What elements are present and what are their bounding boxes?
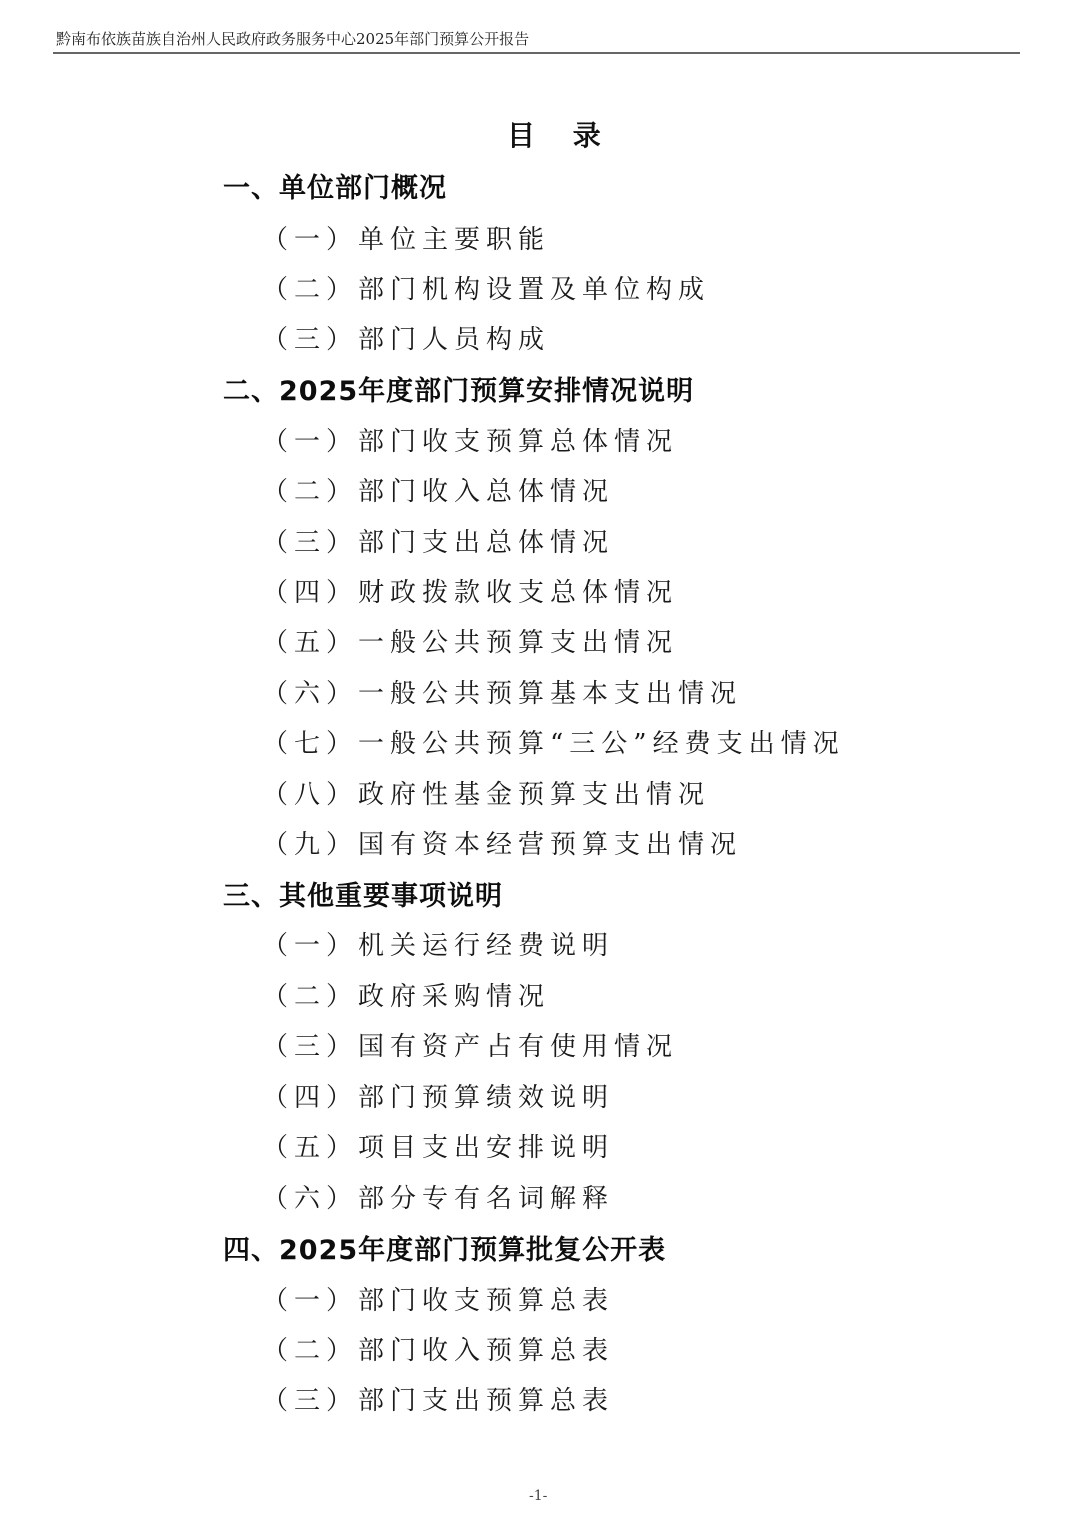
toc-item[interactable]: （三）部门人员构成 xyxy=(262,319,550,356)
toc-item[interactable]: （三）部门支出总体情况 xyxy=(262,522,614,559)
toc-item[interactable]: （四）财政拨款收支总体情况 xyxy=(262,572,678,609)
toc-section-4[interactable]: 四、2025年度部门预算批复公开表 xyxy=(223,1228,666,1267)
toc-item[interactable]: （一）部门收支预算总体情况 xyxy=(262,421,678,458)
toc-item[interactable]: （六）一般公共预算基本支出情况 xyxy=(262,673,742,710)
toc-item[interactable]: （一）机关运行经费说明 xyxy=(262,925,614,962)
toc-item[interactable]: （七）一般公共预算“三公”经费支出情况 xyxy=(262,723,845,760)
toc-item[interactable]: （一）部门收支预算总表 xyxy=(262,1280,614,1317)
toc-item[interactable]: （五）一般公共预算支出情况 xyxy=(262,622,678,659)
toc-section-3[interactable]: 三、其他重要事项说明 xyxy=(223,874,503,913)
toc-item[interactable]: （二）部门机构设置及单位构成 xyxy=(262,269,710,306)
toc-item[interactable]: （四）部门预算绩效说明 xyxy=(262,1077,614,1114)
toc-item[interactable]: （三）国有资产占有使用情况 xyxy=(262,1026,678,1063)
toc-item[interactable]: （二）政府采购情况 xyxy=(262,976,550,1013)
table-of-contents: 一、单位部门概况 （一）单位主要职能 （二）部门机构设置及单位构成 （三）部门人… xyxy=(0,0,1074,1520)
toc-item[interactable]: （八）政府性基金预算支出情况 xyxy=(262,774,710,811)
toc-item[interactable]: （二）部门收入总体情况 xyxy=(262,471,614,508)
toc-item[interactable]: （五）项目支出安排说明 xyxy=(262,1127,614,1164)
toc-item[interactable]: （九）国有资本经营预算支出情况 xyxy=(262,824,742,861)
page-number: -1- xyxy=(529,1488,547,1504)
toc-item[interactable]: （一）单位主要职能 xyxy=(262,219,550,256)
toc-section-1[interactable]: 一、单位部门概况 xyxy=(223,166,447,205)
toc-item[interactable]: （二）部门收入预算总表 xyxy=(262,1330,614,1367)
toc-section-2[interactable]: 二、2025年度部门预算安排情况说明 xyxy=(223,369,694,408)
toc-item[interactable]: （三）部门支出预算总表 xyxy=(262,1380,614,1417)
toc-item[interactable]: （六）部分专有名词解释 xyxy=(262,1178,614,1215)
